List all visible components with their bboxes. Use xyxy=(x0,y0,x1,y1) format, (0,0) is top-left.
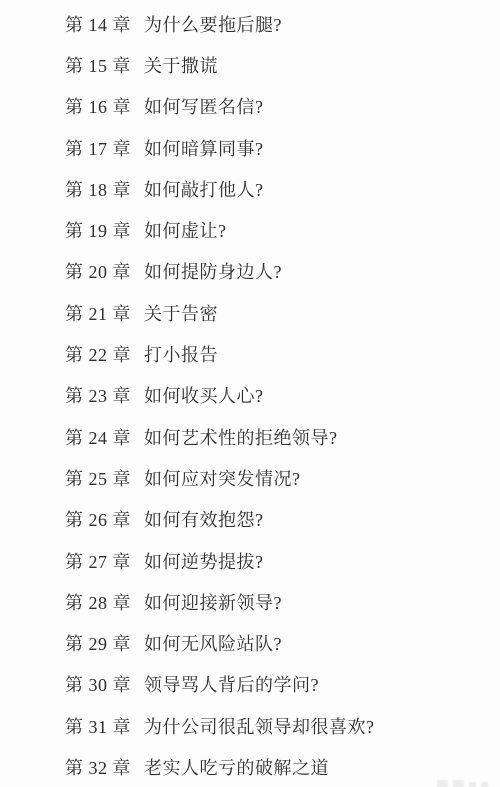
toc-row: 第 17 章如何暗算同事? xyxy=(65,127,500,168)
chapter-number: 第 23 章 xyxy=(65,382,131,408)
chapter-title: 为什么要拖后腿? xyxy=(144,11,282,37)
chapter-number: 第 31 章 xyxy=(65,713,131,739)
toc-row: 第 29 章如何无风险站队? xyxy=(65,622,500,663)
chapter-title: 如何迎接新领导? xyxy=(144,589,282,615)
toc-row: 第 21 章关于告密 xyxy=(65,292,500,333)
chapter-number: 第 24 章 xyxy=(65,424,131,450)
chapter-title: 为什公司很乱领导却很喜欢? xyxy=(144,713,375,739)
chapter-number: 第 32 章 xyxy=(65,754,131,780)
watermark-smudge xyxy=(481,782,488,787)
toc-row: 第 25 章如何应对突发情况? xyxy=(65,457,500,498)
toc-row: 第 23 章如何收买人心? xyxy=(65,375,500,416)
chapter-number: 第 22 章 xyxy=(65,341,131,367)
chapter-number: 第 20 章 xyxy=(65,258,131,284)
toc-row: 第 32 章老实人吃亏的破解之道 xyxy=(65,746,500,787)
chapter-number: 第 26 章 xyxy=(65,506,131,532)
toc-row: 第 19 章如何虚让? xyxy=(65,209,500,250)
chapter-number: 第 16 章 xyxy=(65,93,131,119)
chapter-title: 如何收买人心? xyxy=(144,382,264,408)
chapter-number: 第 25 章 xyxy=(65,465,131,491)
chapter-number: 第 21 章 xyxy=(65,300,131,326)
chapter-title: 如何提防身边人? xyxy=(144,258,282,284)
toc-row: 第 27 章如何逆势提拔? xyxy=(65,540,500,581)
toc-row: 第 20 章如何提防身边人? xyxy=(65,251,500,292)
chapter-title: 关于告密 xyxy=(144,300,218,326)
chapter-number: 第 29 章 xyxy=(65,630,131,656)
toc-row: 第 14 章为什么要拖后腿? xyxy=(65,3,500,44)
watermark-smudge xyxy=(469,782,476,787)
chapter-title: 如何敲打他人? xyxy=(144,176,264,202)
chapter-number: 第 28 章 xyxy=(65,589,131,615)
chapter-number: 第 30 章 xyxy=(65,671,131,697)
chapter-number: 第 18 章 xyxy=(65,176,131,202)
watermark-smudge xyxy=(437,780,448,787)
chapter-title: 打小报告 xyxy=(144,341,218,367)
chapter-title: 如何应对突发情况? xyxy=(144,465,301,491)
chapter-title: 如何暗算同事? xyxy=(144,135,264,161)
toc-row: 第 30 章领导骂人背后的学问? xyxy=(65,664,500,705)
toc-row: 第 16 章如何写匿名信? xyxy=(65,86,500,127)
table-of-contents: 第 14 章为什么要拖后腿?第 15 章关于撒谎第 16 章如何写匿名信?第 1… xyxy=(0,0,500,787)
chapter-title: 如何虚让? xyxy=(144,217,227,243)
chapter-title: 老实人吃亏的破解之道 xyxy=(144,754,329,780)
toc-row: 第 18 章如何敲打他人? xyxy=(65,168,500,209)
chapter-number: 第 27 章 xyxy=(65,548,131,574)
toc-row: 第 15 章关于撒谎 xyxy=(65,44,500,85)
toc-row: 第 24 章如何艺术性的拒绝领导? xyxy=(65,416,500,457)
toc-row: 第 31 章为什公司很乱领导却很喜欢? xyxy=(65,705,500,746)
chapter-number: 第 14 章 xyxy=(65,11,131,37)
chapter-number: 第 17 章 xyxy=(65,135,131,161)
document-page: 第 14 章为什么要拖后腿?第 15 章关于撒谎第 16 章如何写匿名信?第 1… xyxy=(0,0,500,787)
chapter-title: 如何艺术性的拒绝领导? xyxy=(144,424,338,450)
chapter-title: 如何写匿名信? xyxy=(144,93,264,119)
chapter-number: 第 15 章 xyxy=(65,52,131,78)
chapter-title: 如何无风险站队? xyxy=(144,630,282,656)
chapter-title: 如何有效抱怨? xyxy=(144,506,264,532)
watermark-fragment xyxy=(437,777,488,787)
toc-row: 第 28 章如何迎接新领导? xyxy=(65,581,500,622)
chapter-title: 领导骂人背后的学问? xyxy=(144,671,319,697)
toc-row: 第 22 章打小报告 xyxy=(65,333,500,374)
toc-row: 第 26 章如何有效抱怨? xyxy=(65,499,500,540)
chapter-title: 关于撒谎 xyxy=(144,52,218,78)
chapter-title: 如何逆势提拔? xyxy=(144,548,264,574)
chapter-number: 第 19 章 xyxy=(65,217,131,243)
watermark-smudge xyxy=(453,780,464,787)
